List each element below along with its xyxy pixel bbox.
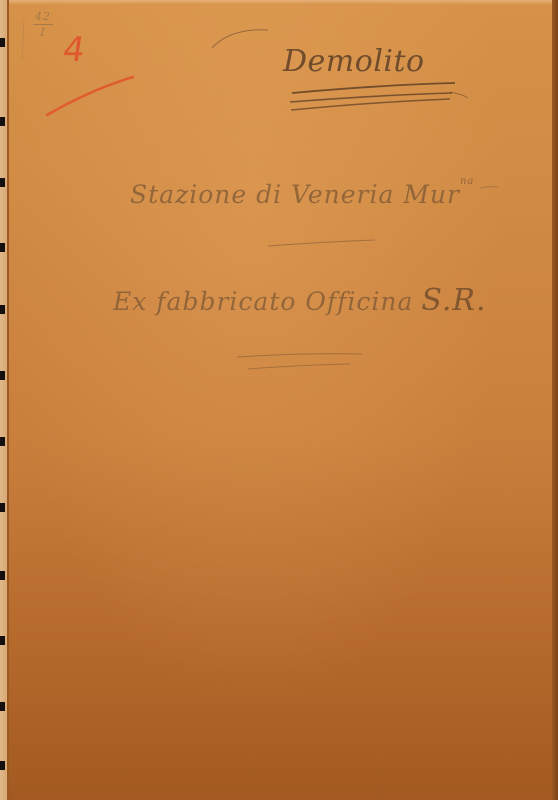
building-text: Ex fabbricato Officina	[113, 287, 413, 316]
station-text: Stazione di Veneria Mur	[130, 180, 460, 209]
binding-tab	[0, 503, 5, 512]
binding-tab	[0, 761, 5, 770]
binding-tab	[0, 305, 5, 314]
page-top-edge	[9, 0, 552, 5]
binding-tab	[0, 636, 5, 645]
binding-tab	[0, 117, 5, 126]
station-line: Stazione di Veneria Murna	[130, 180, 474, 209]
building-suffix: S.R.	[421, 283, 486, 318]
archive-reference: 42 I	[33, 10, 53, 39]
binding-tab	[0, 437, 5, 446]
fraction-line	[33, 24, 53, 25]
binding-strip	[0, 0, 7, 800]
document-photo: 42 I 4 Demolito Stazione di Veneria Murn…	[0, 0, 558, 800]
binding-tab	[0, 371, 5, 380]
binding-tab	[0, 571, 5, 580]
binding-tab	[0, 702, 5, 711]
folder-cover	[9, 4, 552, 800]
building-line: Ex fabbricato OfficinaS.R.	[113, 283, 487, 318]
binding-tab	[0, 243, 5, 252]
heading: Demolito	[283, 44, 425, 79]
binding-tab	[0, 38, 5, 47]
archive-ref-denominator: I	[40, 26, 45, 39]
page-right-edge	[552, 0, 558, 800]
archive-ref-numerator: 42	[35, 10, 51, 23]
station-superscript: na	[460, 176, 474, 187]
binding-tab	[0, 178, 5, 187]
